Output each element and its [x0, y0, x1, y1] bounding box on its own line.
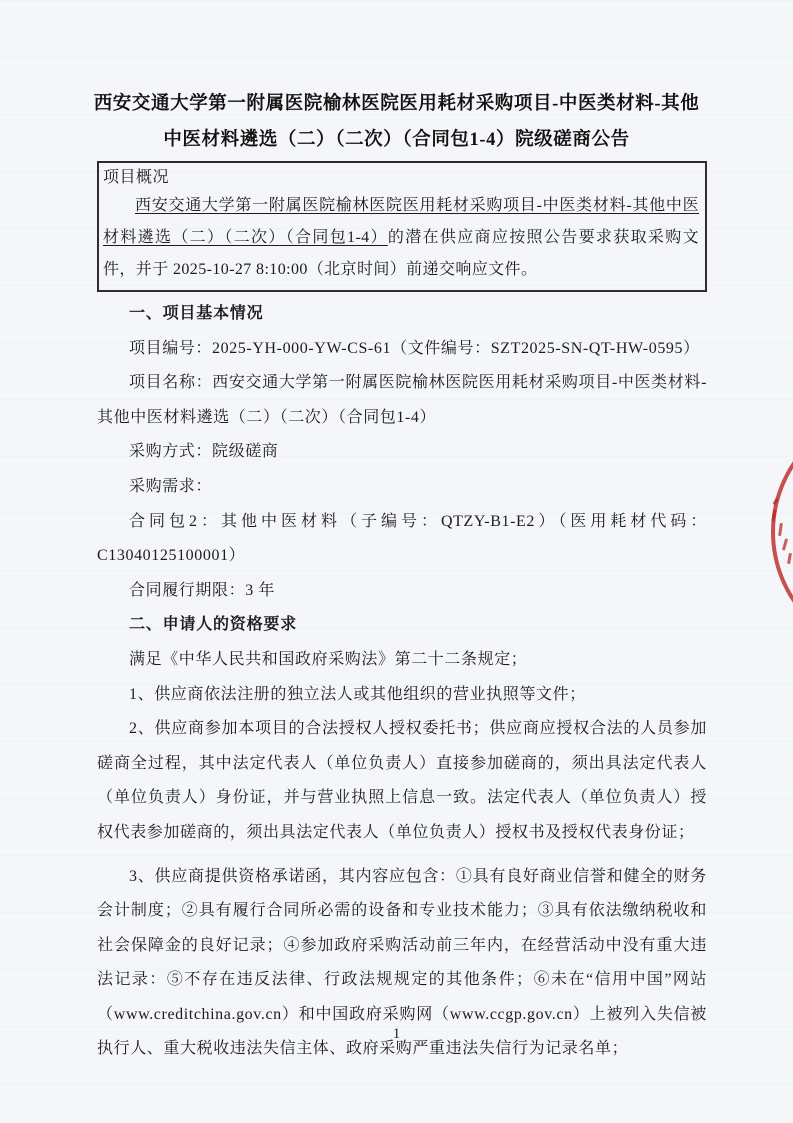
project-overview-box: 项目概况 西安交通大学第一附属医院榆林医院医用耗材采购项目-中医类材料-其他中医… [97, 161, 707, 292]
section1-item-contract-term: 合同履行期限：3 年 [97, 574, 707, 609]
document-title-line1: 西安交通大学第一附属医院榆林医院医用耗材采购项目-中医类材料-其他 [0, 86, 793, 122]
section2-item-2: 2、供应商参加本项目的合法授权人授权委托书；供应商应授权合法的人员参加磋商全过程… [97, 712, 707, 850]
document-title: 西安交通大学第一附属医院榆林医院医用耗材采购项目-中医类材料-其他 中医材料遴选… [0, 86, 793, 158]
document-body: 一、项目基本情况 项目编号：2025-YH-000-YW-CS-61（文件编号：… [97, 297, 707, 1067]
section1-item-contract-package: 合同包2：其他中医材料（子编号：QTZY-B1-E2）（医用耗材代码：C1304… [97, 505, 707, 574]
overview-label: 项目概况 [103, 165, 699, 190]
official-seal-partial [771, 407, 793, 657]
section1-item-procurement-method: 采购方式：院级磋商 [97, 435, 707, 470]
document-page: 西安交通大学第一附属医院榆林医院医用耗材采购项目-中医类材料-其他 中医材料遴选… [0, 0, 793, 1123]
section1-heading: 一、项目基本情况 [97, 297, 707, 332]
overview-paragraph: 西安交通大学第一附属医院榆林医院医用耗材采购项目-中医类材料-其他中医材料遴选（… [103, 190, 699, 286]
section1-item-procurement-demand: 采购需求： [97, 470, 707, 505]
section1-item-project-name: 项目名称：西安交通大学第一附属医院榆林医院医用耗材采购项目-中医类材料-其他中医… [97, 366, 707, 435]
section2-item-1: 1、供应商依法注册的独立法人或其他组织的营业执照等文件； [97, 678, 707, 713]
section1-item-project-number: 项目编号：2025-YH-000-YW-CS-61（文件编号：SZT2025-S… [97, 332, 707, 367]
section2-heading: 二、申请人的资格要求 [97, 608, 707, 643]
document-title-line2: 中医材料遴选（二）（二次）（合同包1-4）院级磋商公告 [0, 122, 793, 158]
page-number: 1 [0, 1026, 793, 1043]
section2-item-law: 满足《中华人民共和国政府采购法》第二十二条规定； [97, 643, 707, 678]
